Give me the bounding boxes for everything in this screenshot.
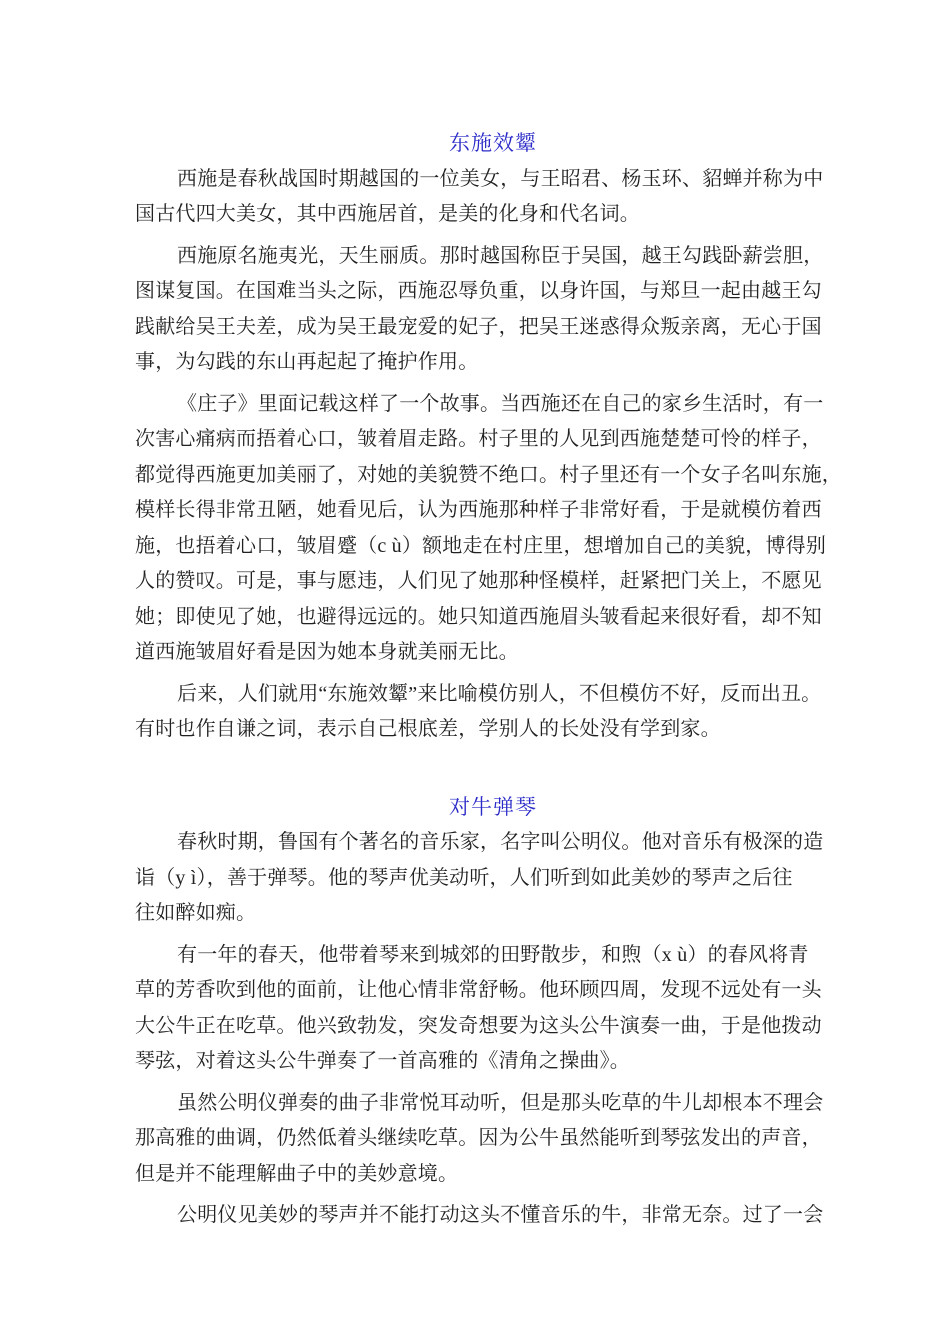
paragraph: 公明仪见美妙的琴声并不能打动这头不懂音乐的牛，非常无奈。过了一会 <box>135 1198 851 1234</box>
paragraph: 《庄子》里面记载这样了一个故事。当西施还在自己的家乡生活时，有一次害心痛病而捂着… <box>135 387 851 671</box>
text-line: 琴弦，对着这头公牛弹奏了一首高雅的《清角之操曲》。 <box>135 1044 851 1080</box>
text-line: 人的赞叹。可是，事与愿违，人们见了她那种怪模样，赶紧把门关上，不愿见 <box>135 564 851 600</box>
text-line: 道西施皱眉好看是因为她本身就美丽无比。 <box>135 635 851 671</box>
text-line: 那高雅的曲调，仍然低着头继续吃草。因为公牛虽然能听到琴弦发出的声音， <box>135 1121 851 1157</box>
text-line: 国古代四大美女，其中西施居首，是美的化身和代名词。 <box>135 197 851 233</box>
text-line: 诣（y ì），善于弹琴。他的琴声优美动听，人们听到如此美妙的琴声之后往 <box>135 861 851 897</box>
text-line: 春秋时期，鲁国有个著名的音乐家，名字叫公明仪。他对音乐有极深的造 <box>135 825 851 861</box>
paragraph: 有一年的春天，他带着琴来到城郊的田野散步，和煦（x ù）的春风将青草的芳香吹到他… <box>135 938 851 1080</box>
text-line: 但是并不能理解曲子中的美妙意境。 <box>135 1157 851 1193</box>
text-line: 有一年的春天，他带着琴来到城郊的田野散步，和煦（x ù）的春风将青 <box>135 938 851 974</box>
text-line: 模样长得非常丑陋，她看见后，认为西施那种样子非常好看，于是就模仿着西 <box>135 493 851 529</box>
text-line: 践献给吴王夫差，成为吴王最宠爱的妃子，把吴王迷惑得众叛亲离，无心于国 <box>135 310 851 346</box>
text-line: 公明仪见美妙的琴声并不能打动这头不懂音乐的牛，非常无奈。过了一会 <box>135 1198 851 1234</box>
paragraph: 后来，人们就用“东施效颦”来比喻模仿别人，不但模仿不好，反而出丑。有时也作自谦之… <box>135 677 851 748</box>
text-line: 西施是春秋战国时期越国的一位美女，与王昭君、杨玉环、貂蝉并称为中 <box>135 162 851 198</box>
text-line: 《庄子》里面记载这样了一个故事。当西施还在自己的家乡生活时，有一 <box>135 387 851 423</box>
text-line: 大公牛正在吃草。他兴致勃发，突发奇想要为这头公牛演奏一曲，于是他拨动 <box>135 1009 851 1045</box>
paragraph: 虽然公明仪弹奏的曲子非常悦耳动听，但是那头吃草的牛儿却根本不理会那高雅的曲调，仍… <box>135 1086 851 1193</box>
text-line: 图谋复国。在国难当头之际，西施忍辱负重，以身许国，与郑旦一起由越王勾 <box>135 274 851 310</box>
text-line: 事，为勾践的东山再起起了掩护作用。 <box>135 345 851 381</box>
text-line: 西施原名施夷光，天生丽质。那时越国称臣于吴国，越王勾践卧薪尝胆， <box>135 239 851 275</box>
text-line: 往如醉如痴。 <box>135 896 851 932</box>
text-line: 有时也作自谦之词，表示自己根底差，学别人的长处没有学到家。 <box>135 712 851 748</box>
story-title: 东施效颦 <box>135 126 851 162</box>
document-page: 东施效颦西施是春秋战国时期越国的一位美女，与王昭君、杨玉环、貂蝉并称为中国古代四… <box>0 0 950 1344</box>
story-section: 对牛弹琴春秋时期，鲁国有个著名的音乐家，名字叫公明仪。他对音乐有极深的造诣（y … <box>135 790 851 1234</box>
story-title: 对牛弹琴 <box>135 790 851 826</box>
paragraph: 西施是春秋战国时期越国的一位美女，与王昭君、杨玉环、貂蝉并称为中国古代四大美女，… <box>135 162 851 233</box>
story-section: 东施效颦西施是春秋战国时期越国的一位美女，与王昭君、杨玉环、貂蝉并称为中国古代四… <box>135 126 851 748</box>
text-line: 虽然公明仪弹奏的曲子非常悦耳动听，但是那头吃草的牛儿却根本不理会 <box>135 1086 851 1122</box>
text-line: 都觉得西施更加美丽了，对她的美貌赞不绝口。村子里还有一个女子名叫东施， <box>135 458 851 494</box>
document-content: 东施效颦西施是春秋战国时期越国的一位美女，与王昭君、杨玉环、貂蝉并称为中国古代四… <box>135 126 851 1234</box>
text-line: 后来，人们就用“东施效颦”来比喻模仿别人，不但模仿不好，反而出丑。 <box>135 677 851 713</box>
paragraph: 春秋时期，鲁国有个著名的音乐家，名字叫公明仪。他对音乐有极深的造诣（y ì），善… <box>135 825 851 932</box>
text-line: 施，也捂着心口，皱眉蹙（c ù）额地走在村庄里，想增加自己的美貌，博得别 <box>135 529 851 565</box>
paragraph: 西施原名施夷光，天生丽质。那时越国称臣于吴国，越王勾践卧薪尝胆，图谋复国。在国难… <box>135 239 851 381</box>
text-line: 她；即使见了她，也避得远远的。她只知道西施眉头皱看起来很好看，却不知 <box>135 600 851 636</box>
text-line: 草的芳香吹到他的面前，让他心情非常舒畅。他环顾四周，发现不远处有一头 <box>135 973 851 1009</box>
text-line: 次害心痛病而捂着心口，皱着眉走路。村子里的人见到西施楚楚可怜的样子， <box>135 422 851 458</box>
